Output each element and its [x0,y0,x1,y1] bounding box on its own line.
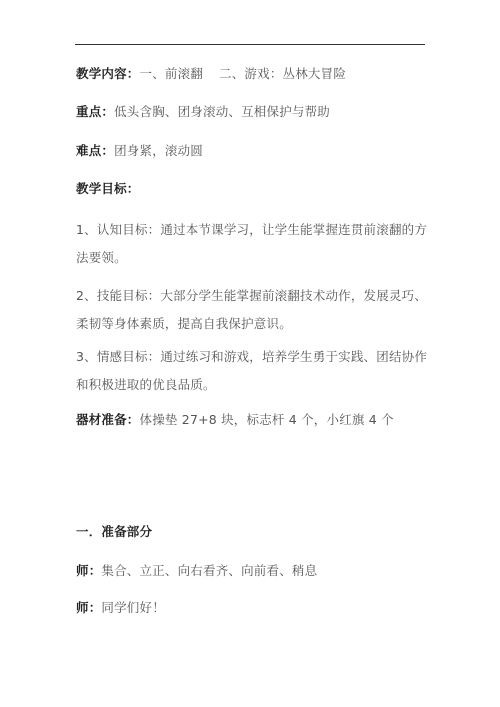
goal-item-1: 1、认知目标：通过本节课学习，让学生能掌握连贯前滚翻的方法要领。 [76,216,428,272]
difficulties-label: 难点： [76,143,114,158]
speaker-label: 师： [76,600,101,615]
speaker-label: 师： [76,563,101,578]
dialogue-text: 同学们好！ [101,600,165,615]
goal-item-3: 3、情感目标：通过练习和游戏，培养学生勇于实践、团结协作和积极进取的优良品质。 [76,343,428,399]
section1-heading: 一．准备部分 [76,522,428,542]
goals-heading: 教学目标： [76,179,428,199]
equipment-text: 体操垫 27+8 块，标志杆 4 个，小红旗 4 个 [140,412,394,427]
dialogue-text: 集合、立正、向右看齐、向前看、稍息 [101,563,317,578]
difficulties-text: 团身紧，滚动圆 [114,143,203,158]
equipment-label: 器材准备： [76,412,140,427]
top-divider [75,44,425,45]
goal-item-2: 2、技能目标：大部分学生能掌握前滚翻技术动作，发展灵巧、柔韧等身体素质，提高自我… [76,282,428,338]
key-points: 重点：低头含胸、团身滚动、互相保护与帮助 [76,102,428,122]
key-points-text: 低头含胸、团身滚动、互相保护与帮助 [114,104,330,119]
key-points-label: 重点： [76,104,114,119]
dialogue-line-2: 师：同学们好！ [76,598,428,618]
teaching-content-label: 教学内容： [76,66,140,81]
difficulties: 难点：团身紧，滚动圆 [76,141,428,161]
dialogue-line-1: 师：集合、立正、向右看齐、向前看、稍息 [76,561,428,581]
teaching-content-part1: 一、前滚翻 [140,66,204,81]
teaching-content: 教学内容：一、前滚翻二、游戏：丛林大冒险 [76,64,428,84]
equipment: 器材准备：体操垫 27+8 块，标志杆 4 个，小红旗 4 个 [76,410,428,430]
teaching-content-part2: 二、游戏：丛林大冒险 [219,66,346,81]
